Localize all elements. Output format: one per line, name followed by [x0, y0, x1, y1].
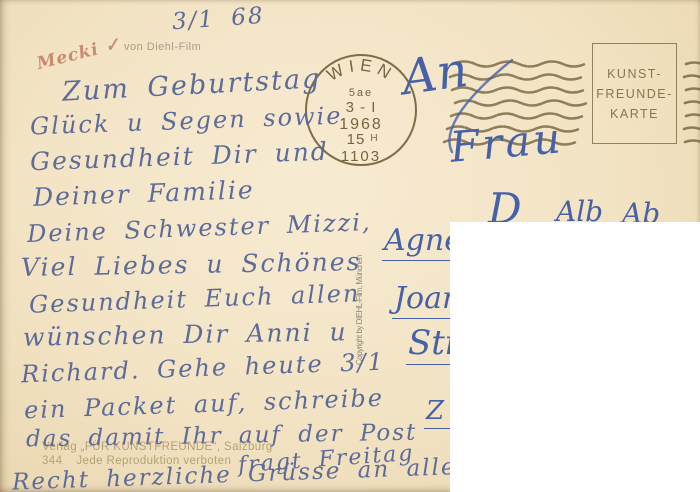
redaction-rectangle	[450, 222, 700, 492]
postcard-back-scan: WIEN 5ae 3 - I 1968 15 H 1103 KUNST- FRE…	[0, 0, 700, 492]
address-salutation: An	[399, 46, 471, 103]
address-title: Frau	[448, 117, 565, 169]
